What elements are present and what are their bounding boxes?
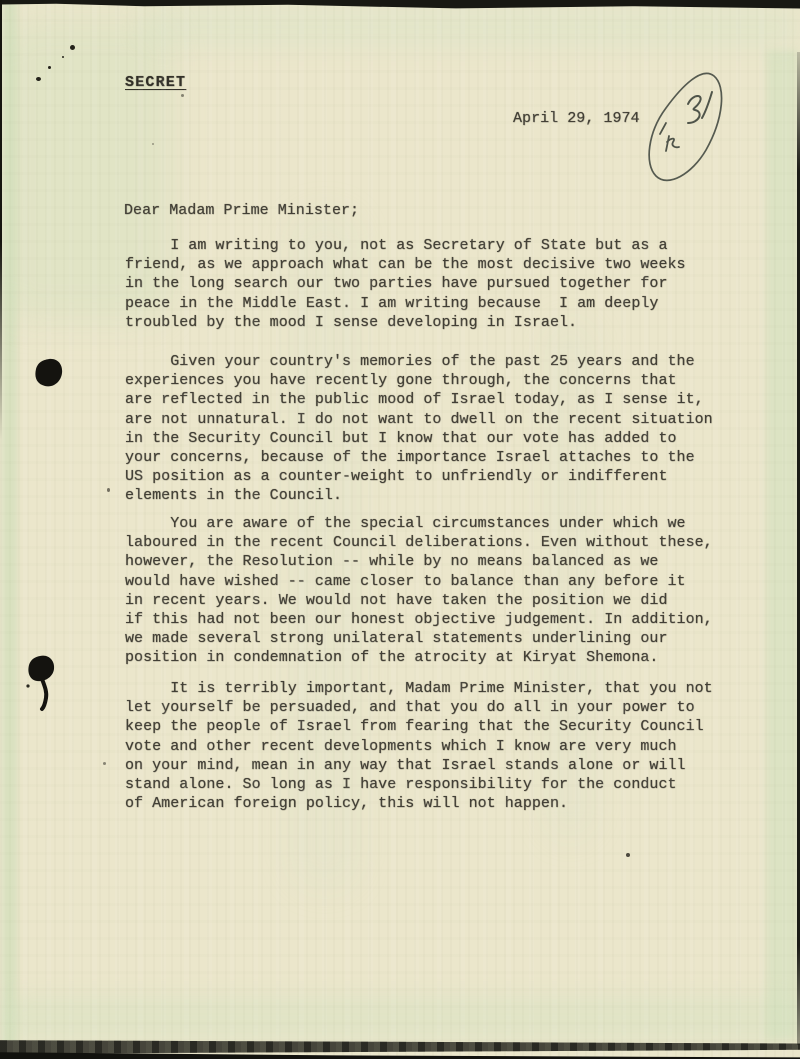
scan-tint	[140, 6, 800, 48]
ink-speck	[181, 94, 184, 97]
classification-stamp: SECRET	[125, 73, 186, 92]
scan-tint	[0, 995, 800, 1040]
scan-edge-left	[0, 0, 2, 440]
ink-speck	[626, 853, 630, 857]
scan-tint	[2, 0, 17, 1059]
ink-speck	[70, 45, 75, 50]
ink-blot-mark	[32, 356, 66, 390]
ink-speck	[103, 762, 106, 765]
scanned-letter-page: SECRET April 29, 1974 Dear Madam Prime M…	[0, 0, 800, 1059]
ink-speck	[107, 488, 110, 492]
ink-blot-mark-with-drip	[24, 652, 62, 712]
scan-tint	[766, 50, 798, 1040]
ink-speck	[62, 56, 64, 58]
letter-date: April 29, 1974	[513, 109, 640, 128]
letter-paragraph-1: I am writing to you, not as Secretary of…	[125, 236, 686, 332]
ink-speck	[48, 66, 51, 69]
ink-speck	[36, 77, 41, 81]
ink-speck	[152, 143, 154, 145]
handwritten-circle-annotation	[630, 70, 736, 192]
letter-paragraph-2: Given your country's memories of the pas…	[125, 352, 713, 506]
scan-edge-bottom	[0, 1039, 800, 1054]
scan-edge-top	[0, 0, 800, 10]
letter-paragraph-3: You are aware of the special circumstanc…	[125, 514, 713, 668]
salutation: Dear Madam Prime Minister;	[124, 201, 359, 220]
letter-paragraph-4: It is terribly important, Madam Prime Mi…	[125, 679, 713, 813]
